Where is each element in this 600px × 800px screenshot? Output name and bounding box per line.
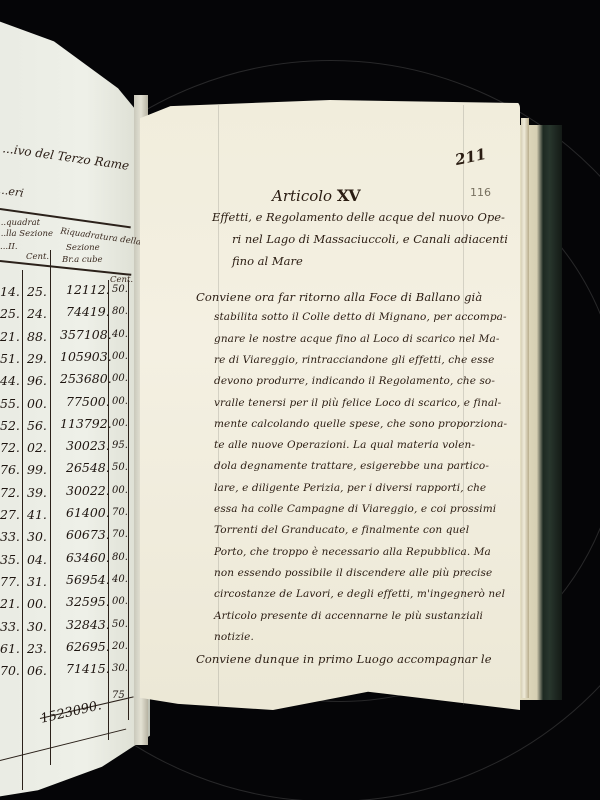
article-label: Articolo (272, 187, 332, 205)
cell-area-cents: 30. (27, 529, 47, 544)
cell-volume: 30023. (66, 438, 110, 453)
cell-area: 76. (0, 462, 20, 477)
cell-area: 14. (0, 284, 20, 299)
cell-volume-cents: 80. (112, 552, 128, 563)
manuscript-photo: ...ivo del Terzo Rame ...eri ...quadrat … (0, 0, 600, 800)
cell-volume-cents: 00. (112, 596, 128, 607)
cell-area: 61. (0, 641, 20, 656)
cell-volume-cents: 40. (112, 329, 128, 340)
body-line: Articolo presente di accennarne le più s… (214, 610, 483, 622)
cell-area-cents: 56. (27, 418, 47, 433)
cell-volume: 56954. (66, 572, 110, 587)
cell-volume-cents: 30. (112, 663, 128, 674)
cell-volume: 30022. (66, 483, 110, 498)
cell-volume: 26548. (66, 460, 110, 475)
column-rule (128, 280, 129, 720)
body-line: Conviene dunque in primo Luogo accompagn… (196, 652, 492, 666)
cell-volume-cents: 50. (112, 619, 128, 630)
body-line: re di Viareggio, rintracciandone gli eff… (214, 354, 494, 366)
cell-volume-cents: 00. (112, 418, 128, 429)
cell-volume: 63460. (66, 550, 110, 565)
cell-volume-cents: 00. (112, 373, 128, 384)
cell-volume: 32843. (66, 617, 110, 632)
cell-area-cents: 00. (27, 396, 47, 411)
cell-area-cents: 02. (27, 440, 47, 455)
cell-area-cents: 96. (27, 373, 47, 388)
cell-area-cents: 24. (27, 306, 47, 321)
column-rule (50, 250, 51, 765)
cell-volume-cents: 00. (112, 396, 128, 407)
body-line: te alle nuove Operazioni. La qual materi… (214, 439, 475, 451)
cell-area: 25. (0, 306, 20, 321)
cell-area: 33. (0, 529, 20, 544)
cell-volume: 105903. (60, 349, 112, 364)
cell-volume: 77500. (66, 394, 110, 409)
article-heading: Articolo XV (272, 186, 360, 205)
cell-volume: 357108. (60, 327, 112, 342)
body-line: vralle tenersi per il più felice Loco di… (214, 397, 501, 409)
body-line: notizie. (214, 631, 254, 643)
cell-volume: 61400. (66, 505, 110, 520)
cell-volume-cents: 70. (112, 529, 128, 540)
cell-area: 27. (0, 507, 20, 522)
title-line: Effetti, e Regolamento delle acque del n… (212, 210, 505, 224)
cell-area-cents: 30. (27, 619, 47, 634)
body-line: non essendo possibile il discendere alle… (214, 567, 492, 579)
cell-volume: 71415. (66, 661, 110, 676)
cell-area-cents: 99. (27, 462, 47, 477)
cell-area: 44. (0, 373, 20, 388)
cell-volume: 113792. (60, 416, 112, 431)
cell-area-cents: 00. (27, 596, 47, 611)
cell-area: 33. (0, 619, 20, 634)
cell-area-cents: 04. (27, 552, 47, 567)
cell-area-cents: 23. (27, 641, 47, 656)
title-line: ri nel Lago di Massaciuccoli, e Canali a… (232, 232, 508, 246)
page-stack-edge (521, 118, 529, 698)
cell-volume-cents: 95. (112, 440, 128, 451)
cell-volume: 62695. (66, 639, 110, 654)
cell-volume: 253680. (60, 371, 112, 386)
cell-area-cents: 29. (27, 351, 47, 366)
cell-area-cents: 88. (27, 329, 47, 344)
body-line: dola degnamente trattare, esigerebbe una… (214, 460, 489, 472)
cell-volume: 74419. (66, 304, 110, 319)
cell-area: 77. (0, 574, 20, 589)
cell-volume-cents: 50. (112, 284, 128, 295)
body-line: gnare le nostre acque fino al Loco di sc… (214, 333, 500, 345)
article-numeral: XV (337, 186, 360, 205)
title-line: fino al Mare (232, 254, 303, 268)
cell-volume-cents: 40. (112, 574, 128, 585)
cell-area-cents: 41. (27, 507, 47, 522)
body-line: Porto, che troppo è necessario alla Repu… (214, 546, 491, 558)
cell-volume: 32595. (66, 594, 110, 609)
cell-volume-cents: 70. (112, 507, 128, 518)
cell-area-cents: 31. (27, 574, 47, 589)
cell-area: 55. (0, 396, 20, 411)
cell-area: 21. (0, 596, 20, 611)
cell-area: 51. (0, 351, 20, 366)
col-header-area-3: ...II. (0, 242, 18, 252)
cell-area: 21. (0, 329, 20, 344)
cell-volume-cents: 50. (112, 462, 128, 473)
body-line: Torrenti del Granducato, e finalmente co… (214, 524, 469, 536)
cell-area: 72. (0, 440, 20, 455)
body-line: devono produrre, indicando il Regolament… (214, 375, 495, 387)
stamp-number: 116 (470, 186, 491, 199)
col-header-cent: Cent. (26, 252, 49, 262)
cell-volume-cents: 80. (112, 306, 128, 317)
cell-volume-cents: 00. (112, 485, 128, 496)
cell-volume: 12112. (66, 282, 110, 297)
body-line: lare, e diligente Perizia, per i diversi… (214, 482, 486, 494)
col-header-area: ...quadrat (0, 218, 40, 228)
cell-area: 70. (0, 663, 20, 678)
cell-volume: 60673. (66, 527, 110, 542)
column-rule (22, 270, 23, 790)
body-line: mente calcolando quelle spese, che sono … (214, 418, 507, 430)
cell-area-cents: 39. (27, 485, 47, 500)
cell-area-cents: 25. (27, 284, 47, 299)
cell-volume-cents: 20. (112, 641, 128, 652)
body-line: stabilita sotto il Colle detto di Mignan… (214, 311, 507, 323)
body-line: Conviene ora far ritorno alla Foce di Ba… (196, 290, 482, 304)
col-header-area-2: ...lla Sezione (0, 229, 53, 239)
col-header-volume-3: Br.a cube (62, 255, 103, 265)
cell-area: 35. (0, 552, 20, 567)
cell-area-cents: 06. (27, 663, 47, 678)
cell-volume-cents: 00. (112, 351, 128, 362)
table-total-cents: 75 (112, 690, 125, 701)
col-header-volume-2: Sezione (66, 243, 100, 253)
cell-area: 72. (0, 485, 20, 500)
body-line: essa ha colle Campagne di Viareggio, e c… (214, 503, 496, 515)
cell-area: 52. (0, 418, 20, 433)
body-line: circostanze de Lavori, e degli effetti, … (214, 588, 505, 600)
